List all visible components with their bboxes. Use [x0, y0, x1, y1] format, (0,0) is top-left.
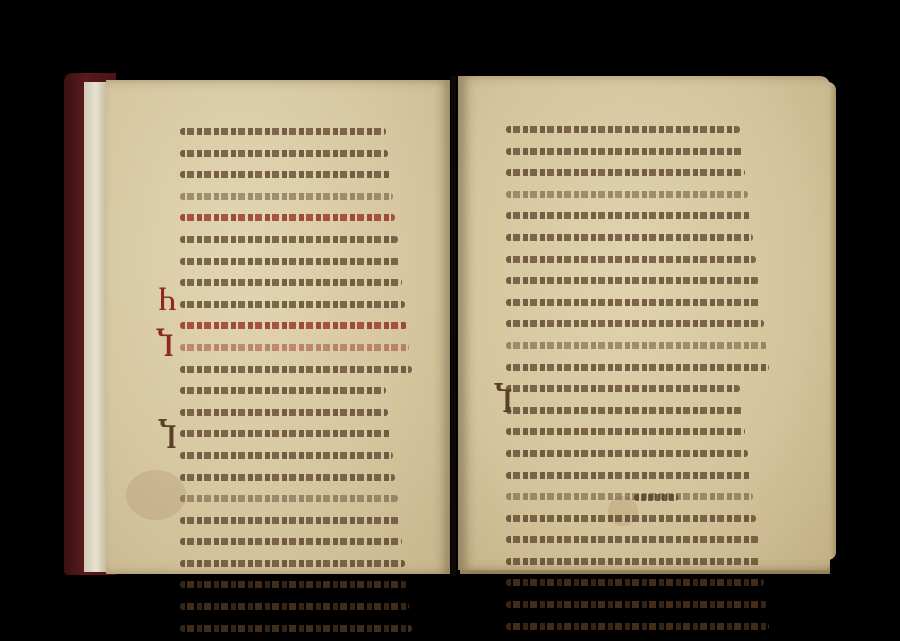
- text-line: [180, 495, 398, 502]
- text-line: [180, 517, 400, 524]
- text-line: [180, 409, 388, 416]
- text-line: [506, 472, 751, 479]
- text-line: [506, 277, 759, 284]
- text-line: [506, 558, 761, 565]
- right-page: Ⴈ: [458, 76, 830, 570]
- text-line: [506, 320, 764, 327]
- text-line: [506, 601, 767, 608]
- text-line: [506, 169, 745, 176]
- text-line: [506, 450, 748, 457]
- text-line: [180, 322, 407, 329]
- text-line: [180, 387, 386, 394]
- text-line: [506, 212, 751, 219]
- text-line: [180, 279, 402, 286]
- text-line: [180, 171, 391, 178]
- text-line: [180, 236, 398, 243]
- text-line: [506, 407, 743, 414]
- gutter: [451, 76, 456, 576]
- text-line: [506, 342, 767, 349]
- text-line: [180, 344, 409, 351]
- red-initial: Ⴈ: [156, 329, 174, 361]
- text-line: [180, 538, 402, 545]
- text-line: [180, 560, 405, 567]
- text-line: [506, 256, 756, 263]
- text-line: [506, 148, 743, 155]
- text-line: [506, 126, 740, 133]
- text-line: [506, 579, 764, 586]
- text-line: [180, 214, 395, 221]
- text-line: [506, 515, 756, 522]
- text-line: [180, 625, 412, 632]
- text-line: [180, 474, 395, 481]
- text-line: [506, 191, 748, 198]
- red-initial: Ⴙ: [158, 289, 177, 315]
- text-line: [506, 234, 753, 241]
- text-line: [180, 366, 412, 373]
- text-line: [180, 452, 393, 459]
- dark-initial: Ⴈ: [158, 420, 177, 454]
- closing-text-fragment: [634, 494, 678, 501]
- text-line: [180, 150, 388, 157]
- text-line: [180, 603, 409, 610]
- left-page-text: [180, 128, 414, 641]
- text-line: [506, 299, 761, 306]
- text-line: [506, 364, 769, 371]
- text-line: [506, 428, 745, 435]
- stain: [126, 470, 186, 520]
- text-line: [180, 128, 386, 135]
- text-line: [180, 430, 391, 437]
- text-line: [506, 536, 759, 543]
- left-page: Ⴙ Ⴈ Ⴈ: [106, 80, 450, 574]
- open-manuscript: Ⴙ Ⴈ Ⴈ Ⴈ: [0, 0, 900, 641]
- text-line: [180, 581, 407, 588]
- dark-initial: Ⴈ: [494, 384, 513, 418]
- text-line: [506, 493, 753, 500]
- text-line: [180, 193, 393, 200]
- right-page-text: [506, 126, 772, 641]
- text-line: [506, 385, 740, 392]
- text-line: [506, 623, 769, 630]
- text-line: [180, 258, 400, 265]
- text-line: [180, 301, 405, 308]
